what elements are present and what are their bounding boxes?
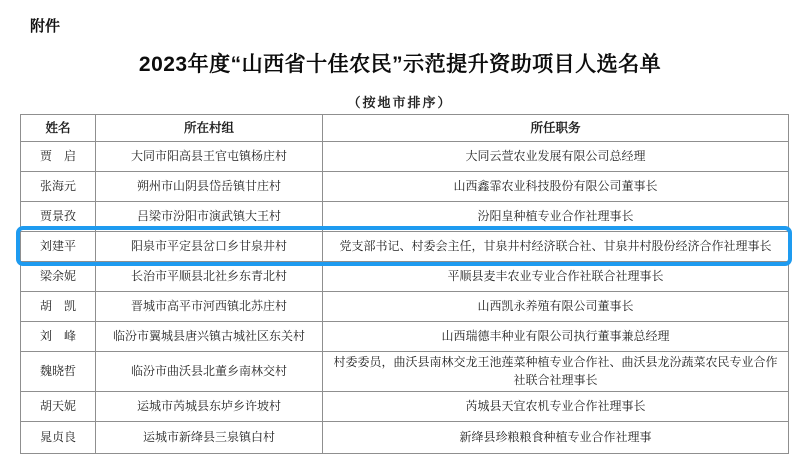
cell-position: 山西凯永养殖有限公司董事长 — [323, 292, 789, 322]
col-header-position: 所任职务 — [323, 115, 789, 142]
cell-village: 朔州市山阴县岱岳镇甘庄村 — [96, 172, 323, 202]
cell-name: 胡 凯 — [21, 292, 96, 322]
cell-name: 贾景孜 — [21, 202, 96, 232]
cell-village: 晋城市高平市河西镇北苏庄村 — [96, 292, 323, 322]
cell-village: 运城市芮城县东垆乡许坡村 — [96, 392, 323, 422]
cell-position: 村委委员，曲沃县南林交龙王池莲菜种植专业合作社、曲沃县龙汾蔬菜农民专业合作社联合… — [323, 352, 789, 392]
table-row: 张海元 朔州市山阴县岱岳镇甘庄村 山西鑫霏农业科技股份有限公司董事长 — [21, 172, 789, 202]
table-row: 胡天妮 运城市芮城县东垆乡许坡村 芮城县天宜农机专业合作社理事长 — [21, 392, 789, 422]
cell-position: 汾阳皇种植专业合作社理事长 — [323, 202, 789, 232]
table-row: 梁余妮 长治市平顺县北社乡东青北村 平顺县麦丰农业专业合作社联合社理事长 — [21, 262, 789, 292]
table-row: 贾 启 大同市阳高县王官屯镇杨庄村 大同云萱农业发展有限公司总经理 — [21, 142, 789, 172]
table-header-row: 姓名 所在村组 所任职务 — [21, 115, 789, 142]
cell-position: 大同云萱农业发展有限公司总经理 — [323, 142, 789, 172]
cell-village: 临汾市曲沃县北董乡南林交村 — [96, 352, 323, 392]
cell-position: 新绛县珍粮粮食种植专业合作社理事 — [323, 422, 789, 454]
cell-position: 山西瑞德丰种业有限公司执行董事兼总经理 — [323, 322, 789, 352]
cell-name: 梁余妮 — [21, 262, 96, 292]
cell-position: 山西鑫霏农业科技股份有限公司董事长 — [323, 172, 789, 202]
page-subtitle: （按地市排序） — [0, 92, 800, 111]
table-row: 胡 凯 晋城市高平市河西镇北苏庄村 山西凯永养殖有限公司董事长 — [21, 292, 789, 322]
page-title: 2023年度“山西省十佳农民”示范提升资助项目人选名单 — [0, 48, 800, 78]
candidate-table: 姓名 所在村组 所任职务 贾 启 大同市阳高县王官屯镇杨庄村 大同云萱农业发展有… — [20, 114, 789, 454]
cell-village: 吕梁市汾阳市演武镇大王村 — [96, 202, 323, 232]
cell-position: 平顺县麦丰农业专业合作社联合社理事长 — [323, 262, 789, 292]
cell-name: 刘建平 — [21, 232, 96, 262]
cell-name: 刘 峰 — [21, 322, 96, 352]
cell-name: 胡天妮 — [21, 392, 96, 422]
cell-village: 临汾市翼城县唐兴镇古城社区东关村 — [96, 322, 323, 352]
cell-name: 贾 启 — [21, 142, 96, 172]
document-page: { "attachment_label": "附件", "title": "20… — [0, 0, 800, 470]
table-row: 魏晓哲 临汾市曲沃县北董乡南林交村 村委委员，曲沃县南林交龙王池莲菜种植专业合作… — [21, 352, 789, 392]
cell-village: 长治市平顺县北社乡东青北村 — [96, 262, 323, 292]
cell-village: 运城市新绛县三泉镇白村 — [96, 422, 323, 454]
cell-name: 魏晓哲 — [21, 352, 96, 392]
cell-name: 张海元 — [21, 172, 96, 202]
cell-village: 大同市阳高县王官屯镇杨庄村 — [96, 142, 323, 172]
col-header-village: 所在村组 — [96, 115, 323, 142]
col-header-name: 姓名 — [21, 115, 96, 142]
attachment-label: 附件 — [30, 15, 60, 36]
cell-name: 晁贞良 — [21, 422, 96, 454]
table-row: 刘 峰 临汾市翼城县唐兴镇古城社区东关村 山西瑞德丰种业有限公司执行董事兼总经理 — [21, 322, 789, 352]
cell-position: 芮城县天宜农机专业合作社理事长 — [323, 392, 789, 422]
table-row: 晁贞良 运城市新绛县三泉镇白村 新绛县珍粮粮食种植专业合作社理事 — [21, 422, 789, 454]
table-row-highlighted: 刘建平 阳泉市平定县岔口乡甘泉井村 党支部书记、村委会主任，甘泉井村经济联合社、… — [21, 232, 789, 262]
candidate-table-container: 姓名 所在村组 所任职务 贾 启 大同市阳高县王官屯镇杨庄村 大同云萱农业发展有… — [20, 114, 788, 454]
table-row: 贾景孜 吕梁市汾阳市演武镇大王村 汾阳皇种植专业合作社理事长 — [21, 202, 789, 232]
cell-village: 阳泉市平定县岔口乡甘泉井村 — [96, 232, 323, 262]
cell-position: 党支部书记、村委会主任，甘泉井村经济联合社、甘泉井村股份经济合作社理事长 — [323, 232, 789, 262]
